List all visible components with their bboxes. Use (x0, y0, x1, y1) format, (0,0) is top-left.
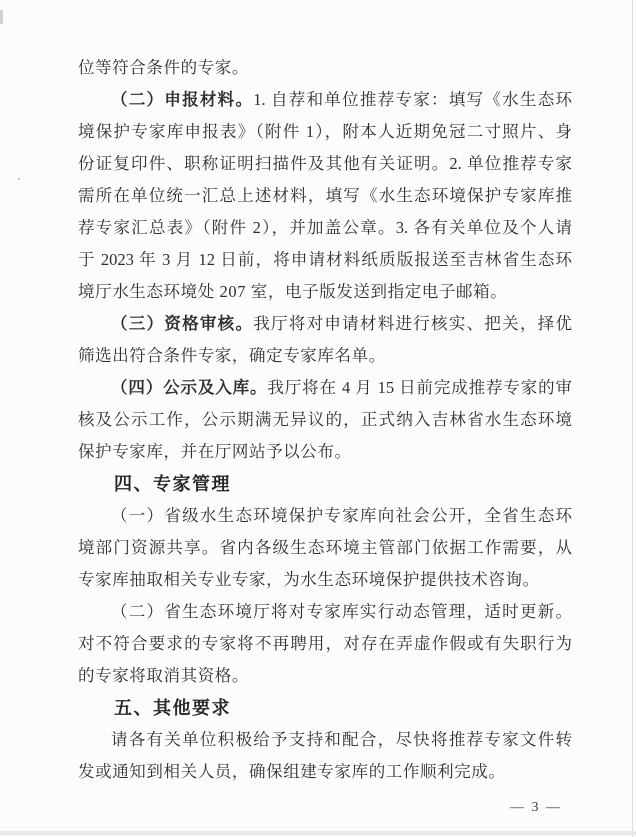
scan-artifact-left-mark (0, 10, 3, 24)
text-segment: 境部门资源共享。省内各级生态环境主管部门依据工作需要，从 (78, 538, 572, 557)
text-segment: 荐专家汇总表》（附件 2），并加盖公章。3. 各有关单位及个人请 (78, 218, 572, 237)
text-segment: 位等符合条件的专家。 (78, 58, 249, 77)
document-body: 位等符合条件的专家。（二）申报材料。1. 自荐和单位推荐专家：填写《水生态环境保… (78, 52, 572, 816)
text-line: 于 2023 年 3 月 12 日前，将申请材料纸质版报送至吉林省生态环 (78, 244, 572, 276)
bold-label: （四）公示及入库。 (111, 378, 267, 397)
text-segment: 对不符合要求的专家将不再聘用，对存在弄虚作假或有失职行为 (78, 634, 572, 653)
text-line: （四）公示及入库。我厅将在 4 月 15 日前完成推荐专家的审 (78, 372, 572, 404)
text-line: 荐专家汇总表》（附件 2），并加盖公章。3. 各有关单位及个人请 (78, 212, 572, 244)
section-heading: 五、其他要求 (78, 692, 572, 724)
text-line: 发或通知到相关人员，确保组建专家库的工作顺利完成。 (78, 756, 572, 788)
text-segment: 于 2023 年 3 月 12 日前，将申请材料纸质版报送至吉林省生态环 (78, 250, 572, 269)
section-heading: 四、专家管理 (78, 468, 572, 500)
text-segment: 核及公示工作，公示期满无异议的，正式纳入吉林省水生态环境 (78, 410, 572, 429)
scan-artifact-speck (18, 178, 20, 180)
text-segment: 需所在单位统一汇总上述材料，填写《水生态环境保护专家库推 (78, 186, 572, 205)
text-segment: 境厅水生态环境处 207 室，电子版发送到指定电子邮箱。 (78, 282, 507, 301)
text-segment: 发或通知到相关人员，确保组建专家库的工作顺利完成。 (78, 762, 506, 781)
text-segment: 请各有关单位积极给予支持和配合，尽快将推荐专家文件转 (111, 730, 572, 749)
text-line: 保护专家库，并在厅网站予以公布。 (78, 436, 572, 468)
text-line: 核及公示工作，公示期满无异议的，正式纳入吉林省水生态环境 (78, 404, 572, 436)
text-segment: 的专家将取消其资格。 (78, 666, 249, 685)
text-segment: （二）省生态环境厅将对专家库实行动态管理，适时更新。 (111, 602, 572, 621)
text-line: 需所在单位统一汇总上述材料，填写《水生态环境保护专家库推 (78, 180, 572, 212)
text-line: 份证复印件、职称证明扫描件及其他有关证明。2. 单位推荐专家 (78, 148, 572, 180)
bold-label: （二）申报材料。 (111, 90, 253, 109)
scanned-page: 位等符合条件的专家。（二）申报材料。1. 自荐和单位推荐专家：填写《水生态环境保… (0, 0, 636, 837)
scan-edge-right (632, 0, 633, 837)
bold-label: 五、其他要求 (114, 698, 231, 718)
text-line: 专家库抽取相关专业专家，为水生态环境保护提供技术咨询。 (78, 564, 572, 596)
text-line: 的专家将取消其资格。 (78, 660, 572, 692)
text-line: （一）省级水生态环境保护专家库向社会公开，全省生态环 (78, 500, 572, 532)
text-line: （三）资格审核。我厅将对申请材料进行核实、把关，择优 (78, 308, 572, 340)
text-segment: 筛选出符合条件专家，确定专家库名单。 (78, 346, 386, 365)
text-line: 境保护专家库申报表》（附件 1），附本人近期免冠二寸照片、身 (78, 116, 572, 148)
text-line: 请各有关单位积极给予支持和配合，尽快将推荐专家文件转 (78, 724, 572, 756)
text-line: 境部门资源共享。省内各级生态环境主管部门依据工作需要，从 (78, 532, 572, 564)
text-segment: 1. 自荐和单位推荐专家：填写《水生态环 (253, 90, 572, 109)
bold-label: 四、专家管理 (114, 474, 231, 494)
text-segment: 保护专家库，并在厅网站予以公布。 (78, 442, 352, 461)
text-line: 对不符合要求的专家将不再聘用，对存在弄虚作假或有失职行为 (78, 628, 572, 660)
text-line: （二）申报材料。1. 自荐和单位推荐专家：填写《水生态环 (78, 84, 572, 116)
text-segment: 我厅将在 4 月 15 日前完成推荐专家的审 (267, 378, 572, 397)
text-line: 位等符合条件的专家。 (78, 52, 572, 84)
text-segment: 我厅将对申请材料进行核实、把关，择优 (253, 314, 572, 333)
text-line: 境厅水生态环境处 207 室，电子版发送到指定电子邮箱。 (78, 276, 572, 308)
text-segment: 份证复印件、职称证明扫描件及其他有关证明。2. 单位推荐专家 (78, 154, 572, 173)
text-segment: 专家库抽取相关专业专家，为水生态环境保护提供技术咨询。 (78, 570, 540, 589)
text-line: 筛选出符合条件专家，确定专家库名单。 (78, 340, 572, 372)
text-segment: 境保护专家库申报表》（附件 1），附本人近期免冠二寸照片、身 (78, 122, 572, 141)
bold-label: （三）资格审核。 (111, 314, 253, 333)
text-segment: （一）省级水生态环境保护专家库向社会公开，全省生态环 (111, 506, 572, 525)
text-line: （二）省生态环境厅将对专家库实行动态管理，适时更新。 (78, 596, 572, 628)
page-number: — 3 — (78, 800, 572, 816)
scan-edge-bottom (0, 831, 636, 835)
